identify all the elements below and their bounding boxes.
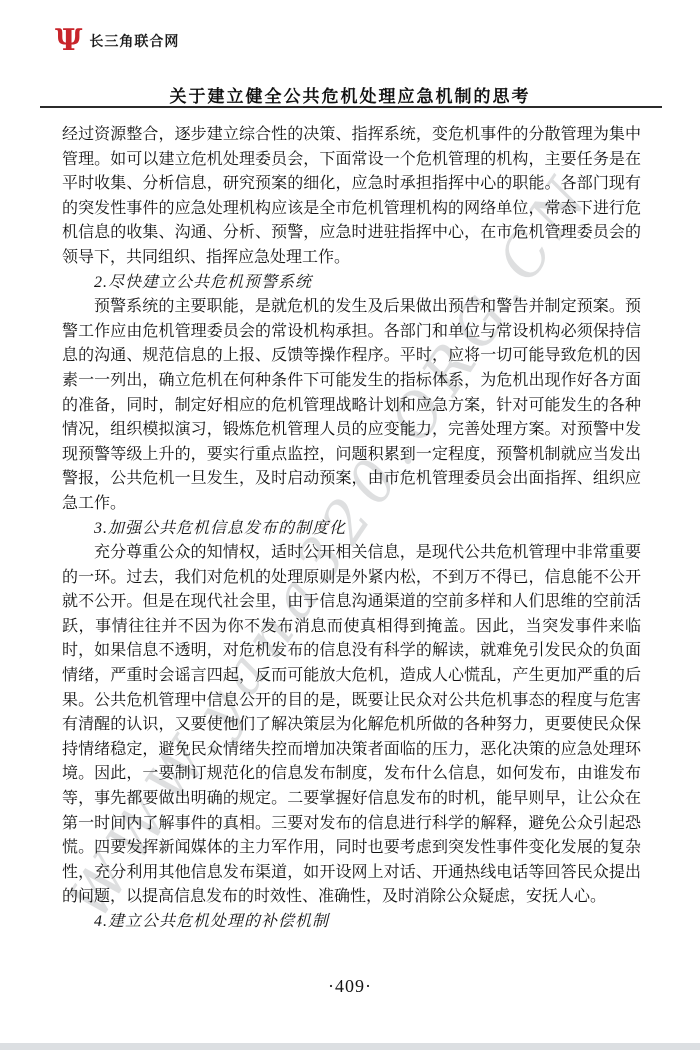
document-title: 关于建立健全公共危机处理应急机制的思考 xyxy=(0,82,700,107)
document-body: 经过资源整合，逐步建立综合性的决策、指挥系统，变危机事件的分散管理为集中管理。如… xyxy=(62,123,641,935)
section-heading-2: 2.尽快建立公共危机预警系统 xyxy=(62,271,641,296)
section-heading-4: 4.建立公共危机处理的补偿机制 xyxy=(62,910,641,935)
section-heading-3: 3.加强公共危机信息发布的制度化 xyxy=(62,517,641,542)
paragraph-early-warning: 预警系统的主要职能，是就危机的发生及后果做出预告和警告并制定预案。预警工作应由危… xyxy=(62,295,641,516)
paragraph-continuation: 经过资源整合，逐步建立综合性的决策、指挥系统，变危机事件的分散管理为集中管理。如… xyxy=(62,123,641,271)
page-number: ·409· xyxy=(0,976,700,997)
site-logo-icon: Ψ xyxy=(55,26,82,56)
scan-bottom-edge xyxy=(0,1043,700,1050)
paragraph-information-release: 充分尊重公众的知情权，适时公开相关信息，是现代公共危机管理中非常重要的一环。过去… xyxy=(62,541,641,910)
scanned-document-page: WWW.yana320.ORG.CN Ψ 长三角联合网 关于建立健全公共危机处理… xyxy=(0,0,700,1050)
title-divider-rule xyxy=(40,106,662,108)
site-name: 长三角联合网 xyxy=(89,31,179,51)
site-masthead: Ψ 长三角联合网 xyxy=(55,26,179,56)
